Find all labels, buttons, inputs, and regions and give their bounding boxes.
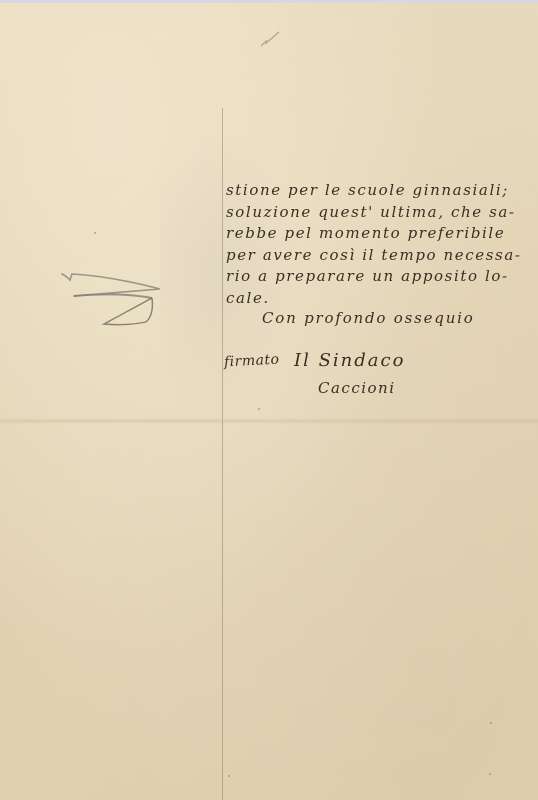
closing-salutation: Con profondo ossequio (262, 309, 475, 327)
body-line: rebbe pel momento preferibile (226, 223, 526, 245)
body-line: cale. (226, 288, 526, 310)
document-page: stione per le scuole ginnasiali; soluzio… (0, 0, 538, 800)
body-line: stione per le scuole ginnasiali; (226, 180, 526, 202)
paper-speck (228, 775, 230, 777)
pencil-bracket-mark-icon (60, 260, 180, 360)
paper-speck (489, 773, 491, 775)
body-line: per avere così il tempo necessa- (226, 245, 526, 267)
signature-title: Il Sindaco (294, 350, 405, 371)
pencil-tick-icon (255, 28, 285, 52)
paper-speck (94, 232, 96, 234)
signed-label: firmato (224, 352, 280, 371)
margin-rule-line (222, 108, 223, 800)
body-line: soluzione quest' ultima, che sa- (226, 202, 526, 224)
scan-top-edge (0, 0, 538, 3)
signature-name: Caccioni (318, 379, 396, 397)
letter-body: stione per le scuole ginnasiali; soluzio… (226, 180, 526, 309)
paper-speck (490, 722, 492, 724)
body-line: rio a preparare un apposito lo- (226, 266, 526, 288)
paper-fold (0, 418, 538, 424)
paper-speck (258, 408, 260, 410)
